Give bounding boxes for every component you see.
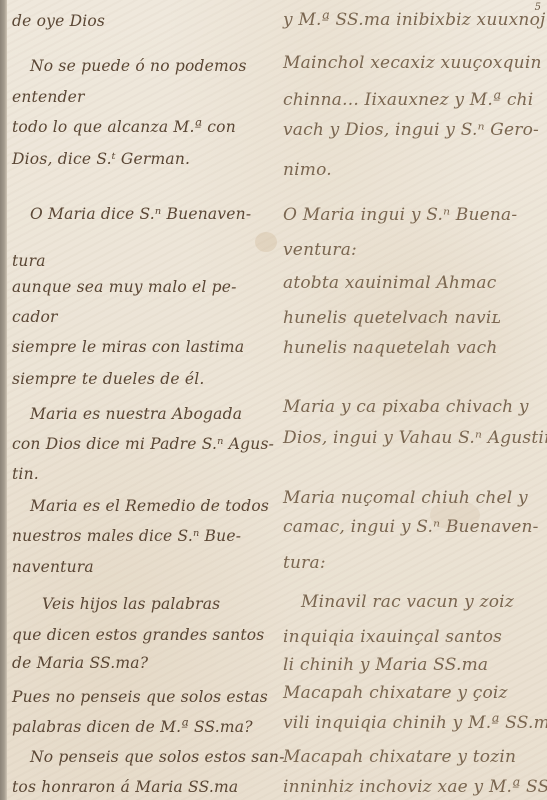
text-line: atobta xauinimal Ahmac [283, 273, 496, 293]
text-line: que dicen estos grandes santos [12, 626, 264, 644]
text-line: vili inquiqia chinih y M.ª SS.ma [283, 713, 547, 733]
manuscript-page: 5 de oye Dios No se puede ó no podemos e… [0, 0, 547, 800]
text-line: Maria y ca pixaba chivach y [283, 397, 529, 417]
text-line: hunelis quetelvach naviʟ [283, 308, 501, 328]
text-line: de Maria SS.ma? [12, 654, 148, 672]
text-line: aunque sea muy malo el pe- [12, 278, 237, 296]
paper-stain [255, 232, 277, 252]
text-line: nimo. [283, 160, 332, 180]
text-line: O Maria dice S.ⁿ Buenaven- [12, 205, 251, 223]
text-line: No penseis que solos estos san- [12, 748, 285, 766]
text-line: tura: [283, 553, 326, 573]
text-line: entender [12, 88, 85, 106]
text-line: chinna... Iixauxnez y M.ª chi [283, 90, 533, 110]
text-line: naventura [12, 558, 94, 576]
text-line: tura [12, 252, 46, 270]
text-line: cador [12, 308, 58, 326]
text-line: todo lo que alcanza M.ª con [12, 118, 236, 136]
text-line: Maria es nuestra Abogada [12, 405, 242, 423]
text-line: Minavil rac vacun y zoiz [283, 592, 514, 612]
text-line: tos honraron á Maria SS.ma [12, 778, 238, 796]
text-line: Veis hijos las palabras [12, 595, 220, 613]
text-line: de oye Dios [12, 12, 105, 30]
text-line: camac, ingui y S.ⁿ Buenaven- [283, 517, 539, 537]
text-line: siempre te dueles de él. [12, 370, 205, 388]
text-line: O Maria ingui y S.ⁿ Buena- [283, 205, 517, 225]
text-line: Pues no penseis que solos estas [12, 688, 268, 706]
text-line: hunelis naquetelah vach [283, 338, 498, 358]
text-line: inninhiz inchoviz xae y M.ª SS.ma [283, 777, 547, 797]
text-line: siempre le miras con lastima [12, 338, 244, 356]
book-binding-edge [0, 0, 7, 800]
text-line: palabras dicen de M.ª SS.ma? [12, 718, 253, 736]
text-line: Macapah chixatare y tozin [283, 747, 516, 767]
text-line: nuestros males dice S.ⁿ Bue- [12, 527, 241, 545]
text-line: ventura: [283, 240, 357, 260]
text-line: Mainchol xecaxiz xuuçoxquin [283, 53, 542, 73]
text-line: Dios, dice S.ᵗ German. [12, 150, 190, 168]
text-line: Macapah chixatare y çoiz [283, 683, 508, 703]
text-line: con Dios dice mi Padre S.ⁿ Agus- [12, 435, 274, 453]
text-line: Dios, ingui y Vahau S.ⁿ Agustin [283, 428, 547, 448]
text-line: li chinih y Maria SS.ma [283, 655, 488, 675]
text-line: No se puede ó no podemos [12, 57, 247, 75]
text-line: tin. [12, 465, 39, 483]
text-line: Maria nuçomal chiuh chel y [283, 488, 528, 508]
text-line: Maria es el Remedio de todos [12, 497, 269, 515]
text-line: vach y Dios, ingui y S.ⁿ Gero- [283, 120, 539, 140]
text-line: inquiqia ixauinçal santos [283, 627, 502, 647]
text-line: y M.ª SS.ma inibixbiz xuuxnoj Dios [283, 10, 547, 30]
